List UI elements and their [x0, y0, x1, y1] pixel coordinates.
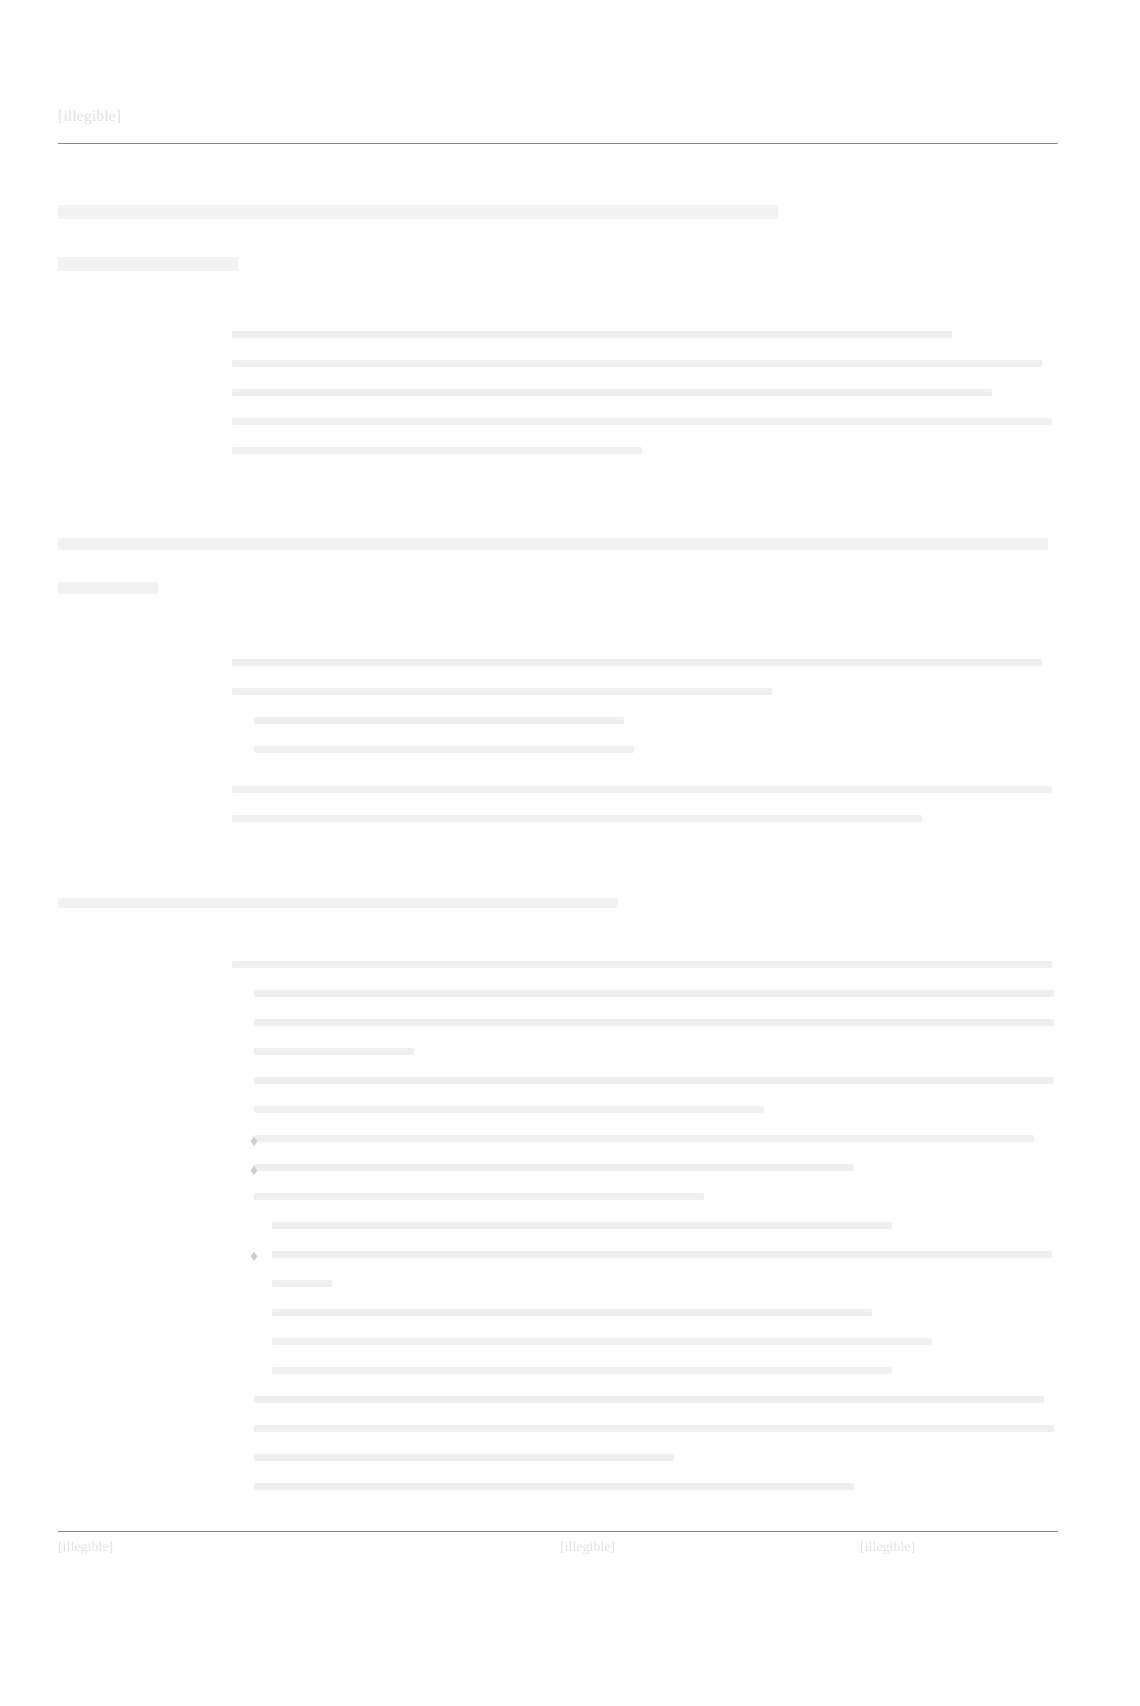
list-block: [232, 950, 1052, 1501]
subsection-heading: [58, 890, 618, 900]
paragraph-2: [232, 648, 1052, 764]
paragraph-3: [232, 775, 1052, 833]
running-header: [illegible]: [58, 108, 121, 126]
diamond-bullet-icon: ♦: [250, 1133, 258, 1151]
footer-rule: [58, 1531, 1058, 1532]
footer-center: [illegible]: [560, 1540, 615, 1556]
section-heading-2: [58, 520, 1058, 544]
paragraph-1: [232, 320, 1052, 465]
diamond-bullet-icon: ♦: [250, 1162, 258, 1180]
diamond-bullet-icon: ♦: [250, 1248, 258, 1266]
header-rule: [58, 143, 1058, 144]
footer-left: [illegible]: [58, 1540, 113, 1556]
footer-right: [illegible]: [860, 1540, 915, 1556]
section-heading-1: [58, 185, 1058, 213]
